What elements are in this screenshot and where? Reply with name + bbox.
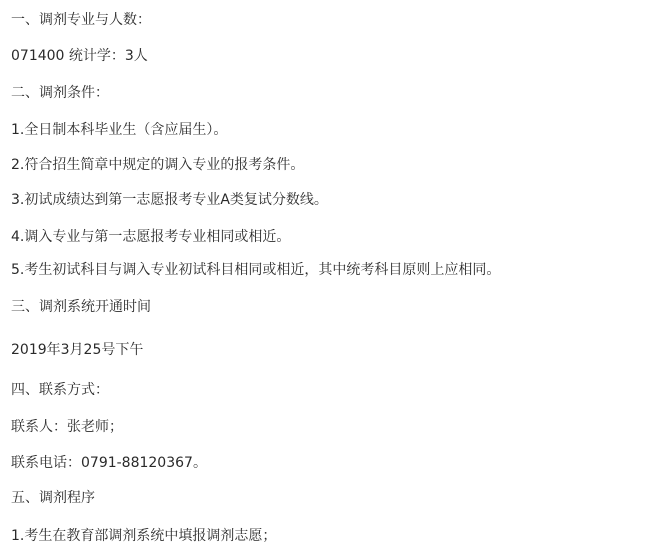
- section-heading-3: 三、调剂系统开通时间: [11, 298, 151, 316]
- section-heading-2: 二、调剂条件：: [11, 84, 109, 102]
- condition-item-2: 2.符合招生简章中规定的调入专业的报考条件。: [11, 156, 304, 174]
- contact-phone: 联系电话：0791-88120367。: [11, 454, 207, 472]
- section-heading-5: 五、调剂程序: [11, 489, 95, 507]
- section-heading-4: 四、联系方式：: [11, 381, 109, 399]
- major-quota: 071400 统计学：3人: [11, 47, 148, 65]
- open-time: 2019年3月25号下午: [11, 341, 143, 359]
- procedure-item-1: 1.考生在教育部调剂系统中填报调剂志愿；: [11, 527, 276, 545]
- condition-item-5: 5.考生初试科目与调入专业初试科目相同或相近，其中统考科目原则上应相同。: [11, 261, 500, 279]
- condition-item-1: 1.全日制本科毕业生（含应届生）。: [11, 121, 227, 139]
- condition-item-4: 4.调入专业与第一志愿报考专业相同或相近。: [11, 228, 290, 246]
- contact-person: 联系人：张老师；: [11, 418, 123, 436]
- section-heading-1: 一、调剂专业与人数：: [11, 11, 151, 29]
- condition-item-3: 3.初试成绩达到第一志愿报考专业A类复试分数线。: [11, 191, 328, 209]
